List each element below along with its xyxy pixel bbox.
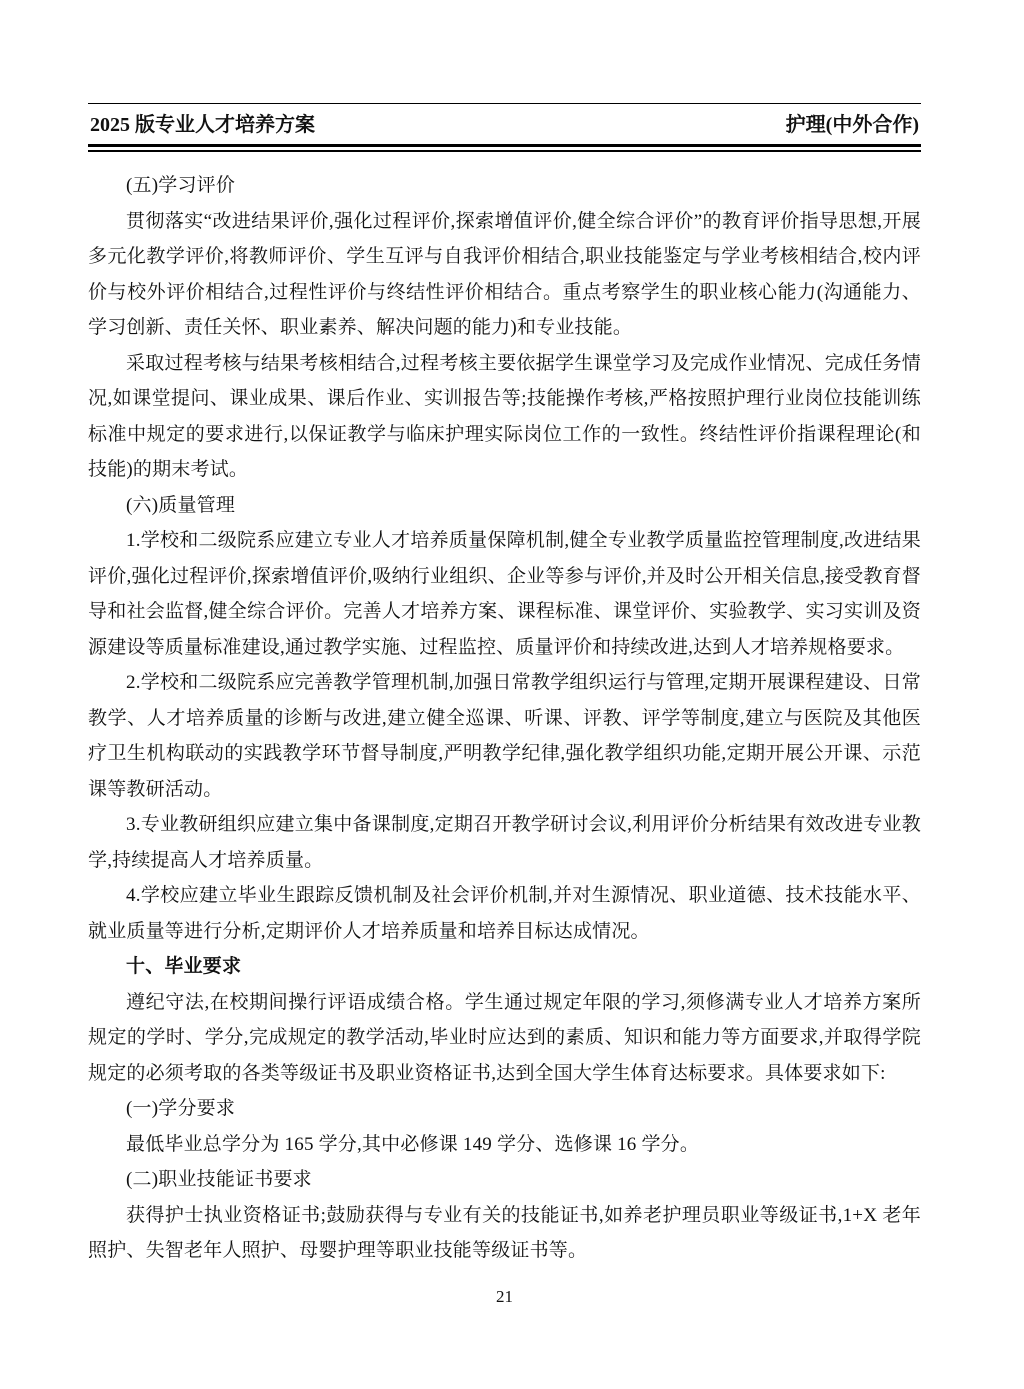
para-credit-detail: 最低毕业总学分为 165 学分,其中必修课 149 学分、选修课 16 学分。 — [88, 1127, 921, 1163]
document-page: 2025 版专业人才培养方案 护理(中外合作) (五)学习评价 贯彻落实“改进结… — [88, 0, 921, 1389]
para-assessment-methods: 采取过程考核与结果考核相结合,过程考核主要依据学生课堂学习及完成作业情况、完成任… — [88, 346, 921, 488]
para-graduation-overview: 遵纪守法,在校期间操行评语成绩合格。学生通过规定年限的学习,须修满专业人才培养方… — [88, 985, 921, 1092]
para-quality-item-4: 4.学校应建立毕业生跟踪反馈机制及社会评价机制,并对生源情况、职业道德、技术技能… — [88, 878, 921, 949]
para-quality-item-3: 3.专业教研组织应建立集中备课制度,定期召开教学研讨会议,利用评价分析结果有效改… — [88, 807, 921, 878]
para-evaluation-policy: 贯彻落实“改进结果评价,强化过程评价,探索增值评价,健全综合评价”的教育评价指导… — [88, 204, 921, 346]
para-quality-item-1: 1.学校和二级院系应建立专业人才培养质量保障机制,健全专业教学质量监控管理制度,… — [88, 523, 921, 665]
page-header: 2025 版专业人才培养方案 护理(中外合作) — [88, 103, 921, 152]
heading-graduation-requirements: 十、毕业要求 — [88, 949, 921, 985]
para-quality-item-2: 2.学校和二级院系应完善教学管理机制,加强日常教学组织运行与管理,定期开展课程建… — [88, 665, 921, 807]
page-footer: 21 — [88, 1287, 921, 1307]
heading-certificate-requirements: (二)职业技能证书要求 — [88, 1162, 921, 1198]
para-certificate-detail: 获得护士执业资格证书;鼓励获得与专业有关的技能证书,如养老护理员职业等级证书,1… — [88, 1198, 921, 1269]
page-number: 21 — [496, 1287, 513, 1306]
header-double-rule — [88, 144, 921, 152]
heading-credit-requirements: (一)学分要求 — [88, 1091, 921, 1127]
heading-learning-evaluation: (五)学习评价 — [88, 168, 921, 204]
heading-quality-management: (六)质量管理 — [88, 488, 921, 524]
header-left-title: 2025 版专业人才培养方案 — [90, 111, 315, 139]
header-row: 2025 版专业人才培养方案 护理(中外合作) — [88, 104, 921, 144]
header-right-title: 护理(中外合作) — [786, 111, 919, 139]
document-body: (五)学习评价 贯彻落实“改进结果评价,强化过程评价,探索增值评价,健全综合评价… — [88, 168, 921, 1269]
